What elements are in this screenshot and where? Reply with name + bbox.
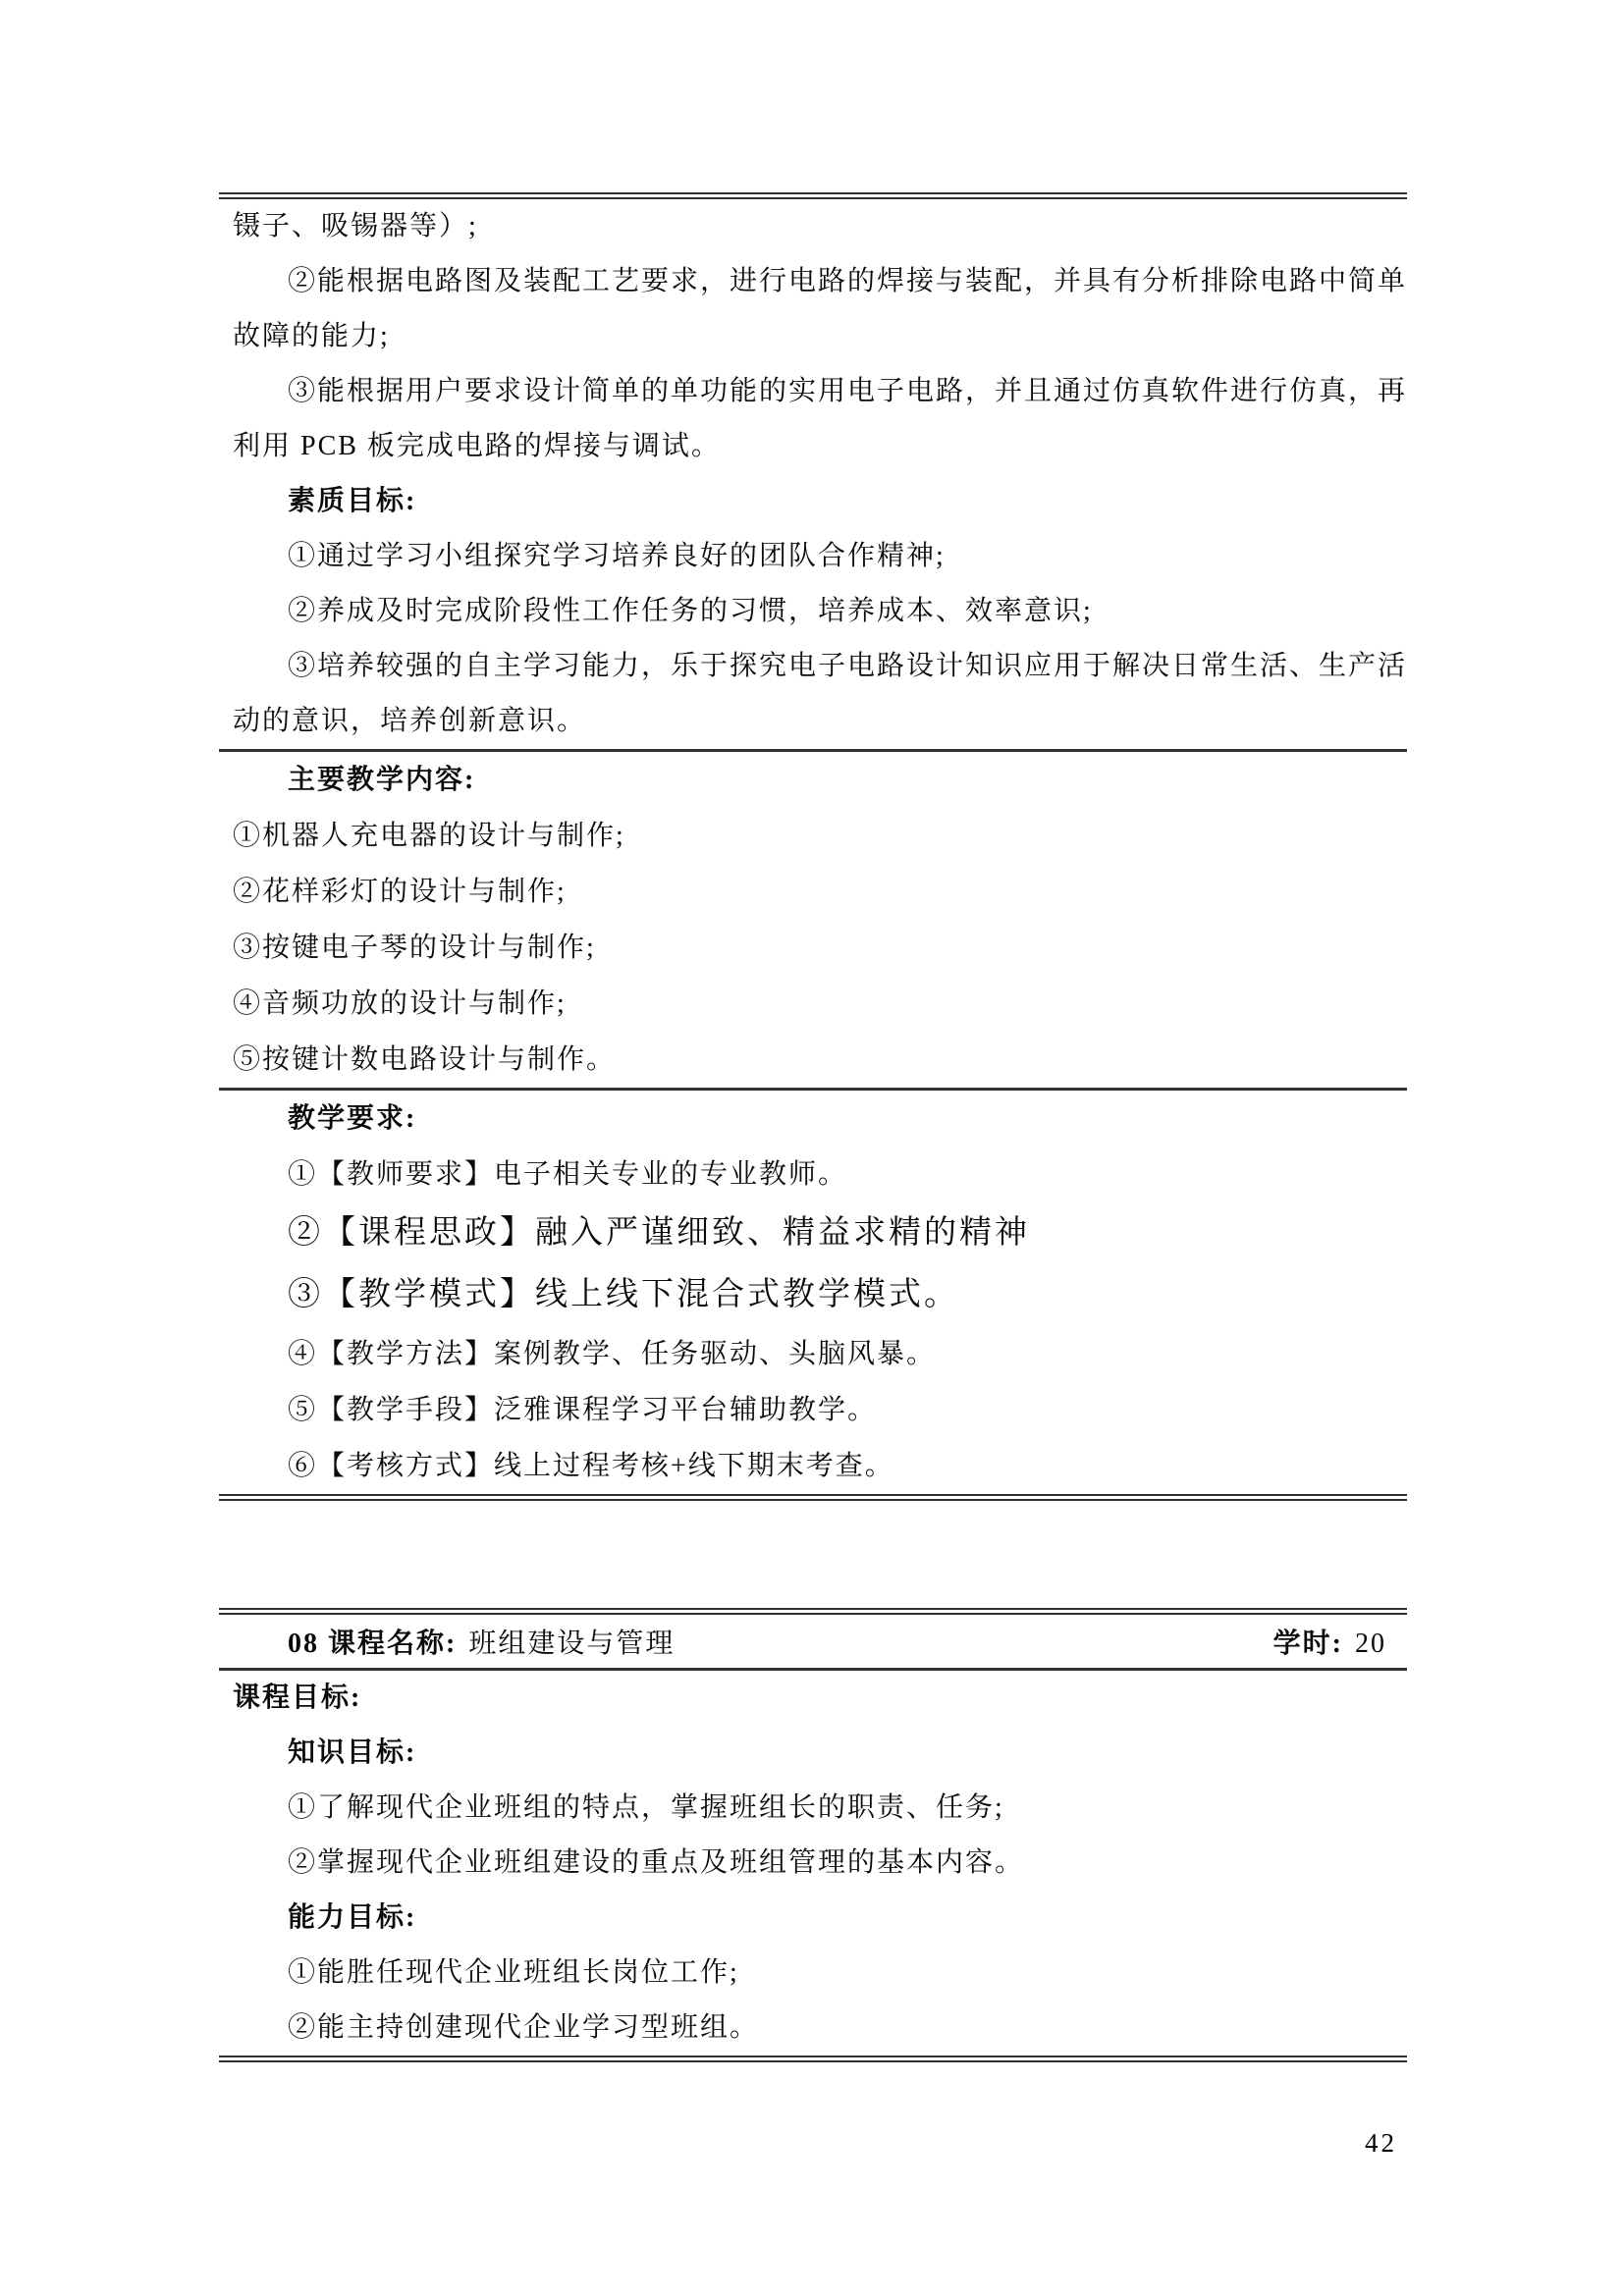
text-line: 动的意识，培养创新意识。 [219,694,1407,749]
section-main-teaching-content: 主要教学内容:①机器人充电器的设计与制作;②花样彩灯的设计与制作;③按键电子琴的… [219,752,1407,1088]
table-bottom-double-rule [219,1494,1407,1501]
text-line: ①能胜任现代企业班组长岗位工作; [219,1946,1407,2001]
table-bottom-double-rule [219,2056,1407,2062]
text-line: ②能根据电路图及装配工艺要求，进行电路的焊接与装配，并具有分析排除电路中简单 [219,254,1407,309]
text-line: ②能主持创建现代企业学习型班组。 [219,2001,1407,2056]
hours-value: 20 [1355,1629,1386,1660]
text-line: ③【教学模式】线上线下混合式教学模式。 [219,1264,1407,1326]
section-teaching-requirements: 教学要求:①【教师要求】电子相关专业的专业教师。②【课程思政】融入严谨细致、精益… [219,1091,1407,1494]
course-number-label: 08 课程名称: [288,1622,457,1661]
text-line: 利用 PCB 板完成电路的焊接与调试。 [219,419,1407,474]
text-line: ①了解现代企业班组的特点，掌握班组长的职责、任务; [219,1781,1407,1836]
section-heading: 课程目标: [219,1671,1407,1726]
hours-label: 学时: [1273,1622,1343,1661]
course-hours-group: 学时: 20 [1273,1622,1386,1661]
table-top-double-rule [219,1608,1407,1615]
text-line: ⑥【考核方式】线上过程考核+线下期末考查。 [219,1438,1407,1494]
document-page: 镊子、吸锡器等）;②能根据电路图及装配工艺要求，进行电路的焊接与装配，并具有分析… [0,0,1624,2296]
text-line: ①【教师要求】电子相关专业的专业教师。 [219,1147,1407,1202]
text-line: ②【课程思政】融入严谨细致、精益求精的精神 [219,1202,1407,1264]
section-heading: 知识目标: [219,1726,1407,1781]
section-heading: 能力目标: [219,1891,1407,1946]
text-line: ①机器人充电器的设计与制作; [219,808,1407,864]
section-course-goals-continued: 镊子、吸锡器等）;②能根据电路图及装配工艺要求，进行电路的焊接与装配，并具有分析… [219,199,1407,749]
text-line: ②花样彩灯的设计与制作; [219,864,1407,920]
section-course-goals: 课程目标:知识目标:①了解现代企业班组的特点，掌握班组长的职责、任务;②掌握现代… [219,1671,1407,2056]
text-line: ③培养较强的自主学习能力，乐于探究电子电路设计知识应用于解决日常生活、生产活 [219,639,1407,694]
text-line: ⑤【教学手段】泛雅课程学习平台辅助教学。 [219,1382,1407,1438]
text-line: ②掌握现代企业班组建设的重点及班组管理的基本内容。 [219,1836,1407,1891]
course-header-row: 08 课程名称: 班组建设与管理 学时: 20 [219,1615,1407,1668]
course-name: 班组建设与管理 [468,1622,675,1661]
text-line: ③按键电子琴的设计与制作; [219,920,1407,976]
text-line: ②养成及时完成阶段性工作任务的习惯，培养成本、效率意识; [219,584,1407,639]
text-line: ⑤按键计数电路设计与制作。 [219,1032,1407,1088]
section-heading: 教学要求: [219,1091,1407,1147]
course-title-group: 08 课程名称: 班组建设与管理 [288,1622,675,1661]
section-heading: 主要教学内容: [219,752,1407,808]
course-block-08: 08 课程名称: 班组建设与管理 学时: 20 课程目标:知识目标:①了解现代企… [219,1608,1407,2062]
section-heading: 素质目标: [219,474,1407,529]
text-line: ④音频功放的设计与制作; [219,976,1407,1032]
text-line: ③能根据用户要求设计简单的单功能的实用电子电路，并且通过仿真软件进行仿真，再 [219,364,1407,419]
text-line: 故障的能力; [219,309,1407,364]
page-number: 42 [1365,2128,1397,2159]
text-line: ④【教学方法】案例教学、任务驱动、头脑风暴。 [219,1326,1407,1382]
course-block-continued: 镊子、吸锡器等）;②能根据电路图及装配工艺要求，进行电路的焊接与装配，并具有分析… [219,192,1407,1501]
text-line: 镊子、吸锡器等）; [219,199,1407,254]
text-line: ①通过学习小组探究学习培养良好的团队合作精神; [219,529,1407,584]
table-top-double-rule [219,192,1407,199]
